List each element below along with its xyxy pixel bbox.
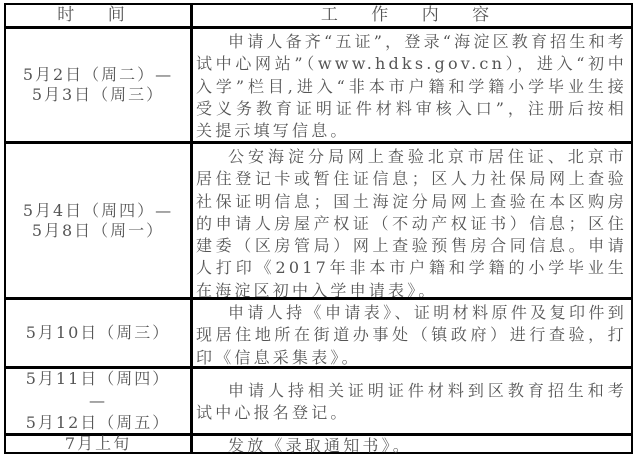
time-line: 7月上旬: [65, 434, 131, 454]
table-row: 5月2日（周二）— 5月3日（周三） 申请人备齐“五证”，登录“海淀区教育招生和…: [6, 26, 631, 141]
time-line: 5月8日（周一）: [32, 221, 164, 241]
row-content-text: 公安海淀分局网上查验北京市居住证、北京市居住登记卡或暂住证信息；区人力社保局网上…: [196, 146, 627, 302]
time-line: 5月11日（周四）: [26, 368, 171, 390]
row-content-text: 申请人备齐“五证”，登录“海淀区教育招生和考试中心网站”（www.hdks.go…: [196, 31, 627, 142]
row-content-text: 发放《录取通知书》。: [196, 436, 627, 455]
table-row: 5月11日（周四） — 5月12日（周五） 申请人持相关证明证件材料到区教育招生…: [6, 366, 631, 433]
row-time: 5月4日（周四）— 5月8日（周一）: [6, 144, 190, 297]
row-content: 申请人备齐“五证”，登录“海淀区教育招生和考试中心网站”（www.hdks.go…: [190, 29, 631, 141]
row-time: 7月上旬: [6, 436, 190, 452]
time-line: —: [89, 390, 107, 412]
row-content: 申请人持相关证明证件材料到区教育招生和考试中心报名登记。: [190, 369, 631, 433]
time-line: 5月4日（周四）—: [23, 201, 173, 221]
table-row: 5月10日（周三） 申请人持《申请表》、证明材料原件及复印件到现居住地所在街道办…: [6, 297, 631, 366]
time-line: 5月12日（周五）: [26, 412, 171, 434]
row-time: 5月11日（周四） — 5月12日（周五）: [6, 369, 190, 433]
row-time: 5月2日（周二）— 5月3日（周三）: [6, 29, 190, 141]
row-content-text: 申请人持《申请表》、证明材料原件及复印件到现居住地所在街道办事处（镇政府）进行查…: [196, 302, 627, 369]
row-content: 公安海淀分局网上查验北京市居住证、北京市居住登记卡或暂住证信息；区人力社保局网上…: [190, 144, 631, 297]
table-row: 7月上旬 发放《录取通知书》。: [6, 433, 631, 452]
table-row: 5月4日（周四）— 5月8日（周一） 公安海淀分局网上查验北京市居住证、北京市居…: [6, 141, 631, 297]
time-line: 5月2日（周二）—: [23, 65, 173, 85]
header-content: 工 作 内 容: [190, 5, 631, 26]
header-time: 时 间: [6, 5, 190, 26]
schedule-table: 时 间 工 作 内 容 5月2日（周二）— 5月3日（周三） 申请人备齐“五证”…: [4, 3, 633, 454]
time-line: 5月3日（周三）: [32, 85, 164, 105]
time-line: 5月10日（周三）: [26, 323, 171, 343]
row-content-text: 申请人持相关证明证件材料到区教育招生和考试中心报名登记。: [196, 380, 627, 425]
row-content: 申请人持《申请表》、证明材料原件及复印件到现居住地所在街道办事处（镇政府）进行查…: [190, 300, 631, 366]
table-header-row: 时 间 工 作 内 容: [6, 5, 631, 26]
row-content: 发放《录取通知书》。: [190, 436, 631, 452]
row-time: 5月10日（周三）: [6, 300, 190, 366]
